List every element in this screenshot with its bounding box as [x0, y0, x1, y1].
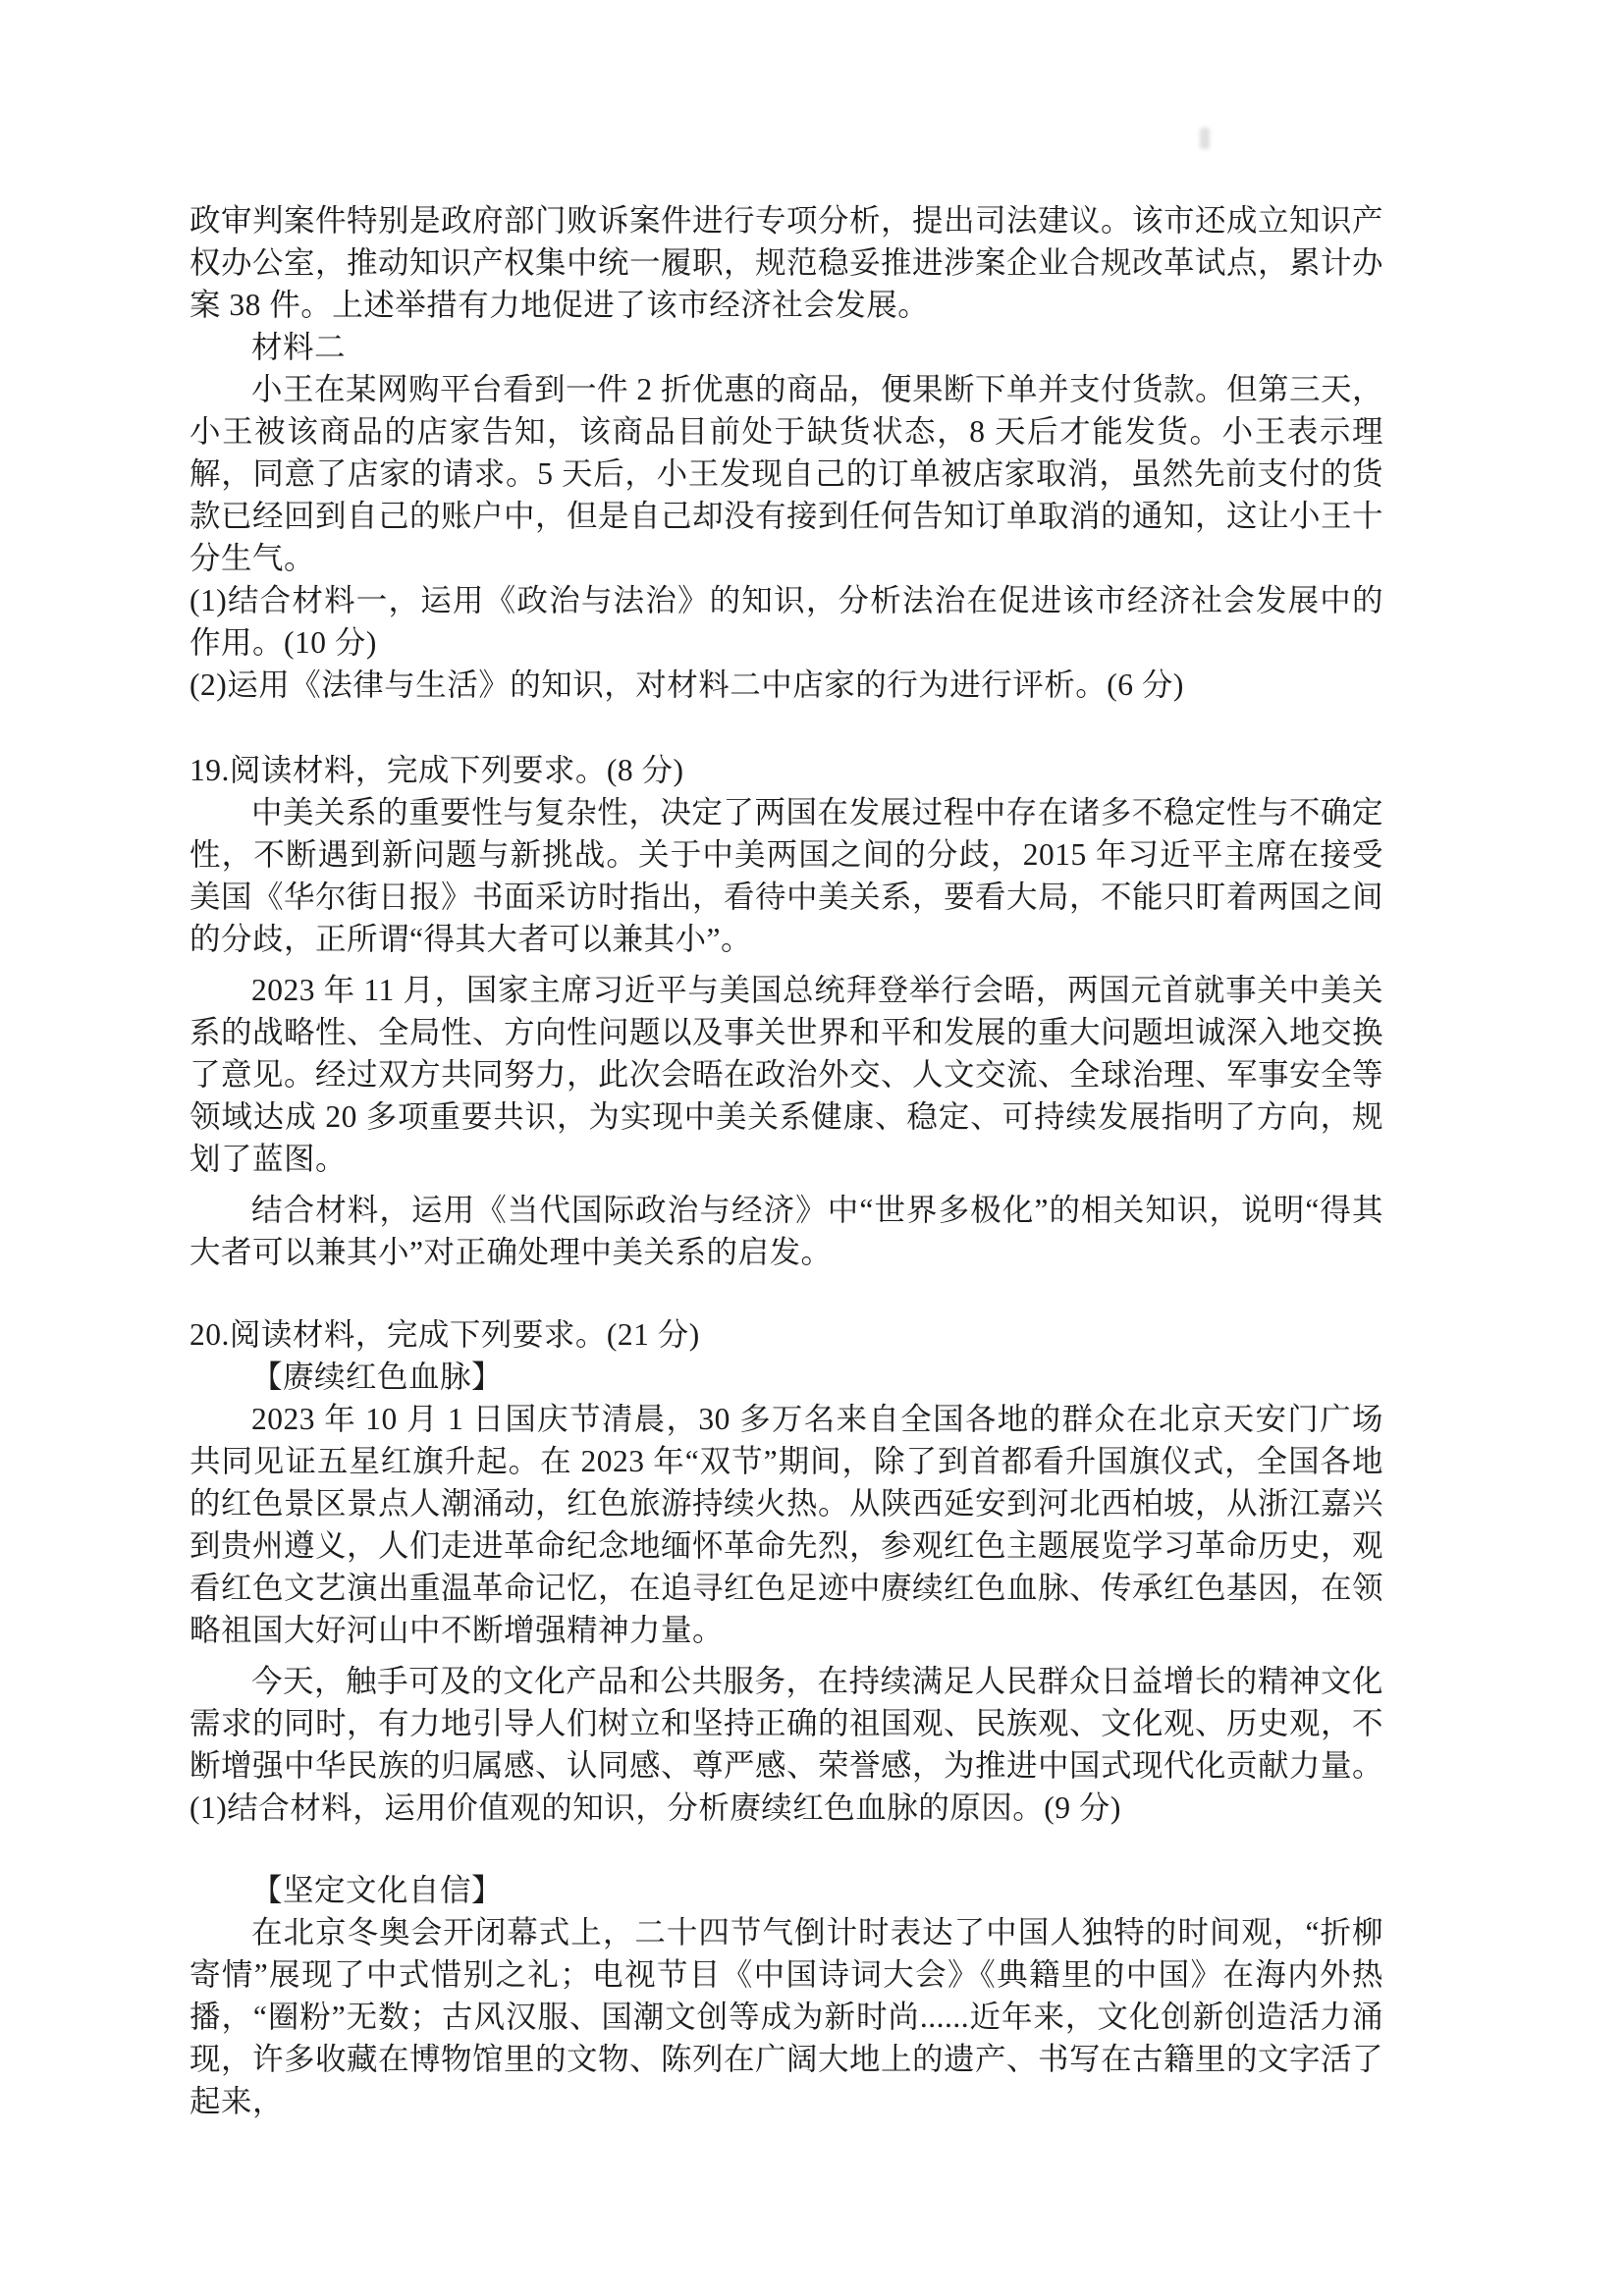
q20-subquestion-1: (1)结合材料，运用价值观的知识，分析赓续红色血脉的原因。(9 分)	[189, 1787, 1383, 1829]
q18-material1-continuation: 政审判案件特别是政府部门败诉案件进行专项分析，提出司法建议。该市还成立知识产权办…	[189, 199, 1383, 326]
question-20-block: 20.阅读材料，完成下列要求。(21 分) 【赓续红色血脉】 2023 年 10…	[189, 1313, 1383, 2122]
q18-material2-label: 材料二	[189, 326, 1383, 368]
q20-stem: 20.阅读材料，完成下列要求。(21 分)	[189, 1313, 1383, 1356]
q19-paragraph-2: 2023 年 11 月，国家主席习近平与美国总统拜登举行会晤，两国元首就事关中美…	[189, 969, 1383, 1180]
q18-subquestion-2: (2)运用《法律与生活》的知识，对材料二中店家的行为进行评析。(6 分)	[189, 664, 1383, 706]
q20-section-header-cultural-confidence: 【坚定文化自信】	[189, 1869, 1383, 1911]
q20-paragraph-1: 2023 年 10 月 1 日国庆节清晨，30 多万名来自全国各地的群众在北京天…	[189, 1398, 1383, 1651]
q18-material2-text: 小王在某网购平台看到一件 2 折优惠的商品，便果断下单并支付货款。但第三天，小王…	[189, 368, 1383, 579]
text-column: 政审判案件特别是政府部门败诉案件进行专项分析，提出司法建议。该市还成立知识产权办…	[189, 199, 1383, 2122]
q20-paragraph-3: 在北京冬奥会开闭幕式上，二十四节气倒计时表达了中国人独特的时间观，“折柳寄情”展…	[189, 1911, 1383, 2122]
q18-subquestion-1: (1)结合材料一，运用《政治与法治》的知识，分析法治在促进该市经济社会发展中的作…	[189, 579, 1383, 664]
q20-paragraph-2: 今天，触手可及的文化产品和公共服务，在持续满足人民群众日益增长的精神文化需求的同…	[189, 1660, 1383, 1787]
question-19-block: 19.阅读材料，完成下列要求。(8 分) 中美关系的重要性与复杂性，决定了两国在…	[189, 749, 1383, 1273]
exam-paper-page: 政审判案件特别是政府部门败诉案件进行专项分析，提出司法建议。该市还成立知识产权办…	[0, 0, 1624, 2296]
q19-stem: 19.阅读材料，完成下列要求。(8 分)	[189, 749, 1383, 791]
q20-section-header-red-lineage: 【赓续红色血脉】	[189, 1356, 1383, 1398]
scan-artifact-mark	[1200, 128, 1210, 149]
q19-task: 结合材料，运用《当代国际政治与经济》中“世界多极化”的相关知识，说明“得其大者可…	[189, 1189, 1383, 1273]
question-18-block: 政审判案件特别是政府部门败诉案件进行专项分析，提出司法建议。该市还成立知识产权办…	[189, 199, 1383, 706]
q19-paragraph-1: 中美关系的重要性与复杂性，决定了两国在发展过程中存在诸多不稳定性与不确定性，不断…	[189, 791, 1383, 960]
